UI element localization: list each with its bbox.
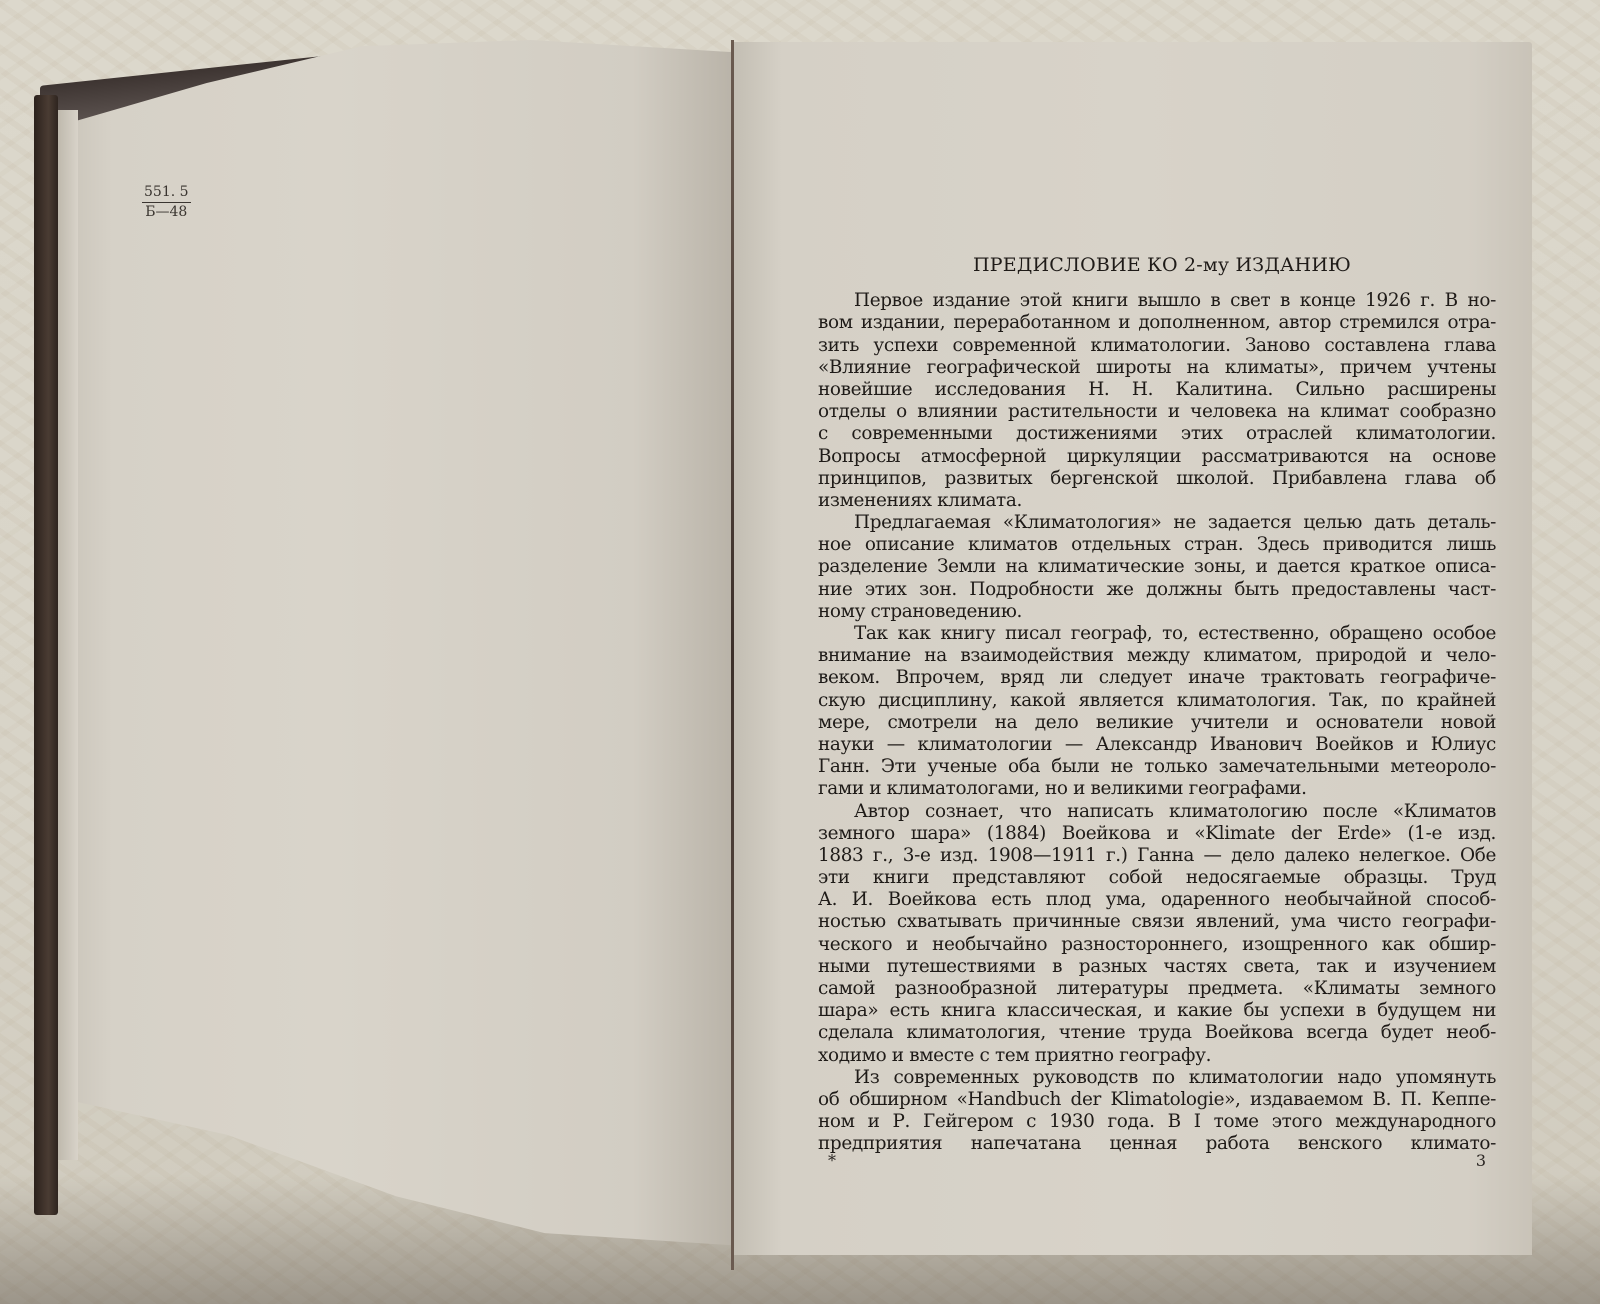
library-call-number: 551. 5 Б—48	[142, 183, 191, 222]
text-line: веком. Впрочем, вряд ли следует иначе тр…	[818, 667, 1496, 689]
text-line: шара» есть книга классическая, и какие б…	[818, 1000, 1496, 1022]
book-spine-gutter	[731, 40, 734, 1270]
text-line: 1883 г., 3-е изд. 1908—1911 г.) Ганна — …	[818, 845, 1496, 867]
call-number-bottom: Б—48	[142, 203, 191, 222]
text-line: принципов, развитых бергенской школой. П…	[818, 468, 1496, 490]
text-line: скую дисциплину, какой является климатол…	[818, 690, 1496, 712]
text-line: разделение Земли на климатические зоны, …	[818, 556, 1496, 578]
preface-text: ПРЕДИСЛОВИЕ КО 2-му ИЗДАНИЮ Первое издан…	[818, 254, 1496, 1156]
text-line: А. И. Воейкова есть плод ума, одаренного…	[818, 889, 1496, 911]
text-line: с современными достижениями этих отрасле…	[818, 423, 1496, 445]
text-line: Из современных руководств по климатологи…	[818, 1067, 1496, 1089]
text-line: ном и Р. Гейгером с 1930 года. В I томе …	[818, 1111, 1496, 1133]
page-number: 3	[1476, 1151, 1486, 1170]
text-line: ному страноведению.	[818, 601, 1496, 623]
left-page	[58, 40, 734, 1270]
left-page-inner-edge	[58, 110, 78, 1160]
text-line: ными путешествиями в разных частях света…	[818, 956, 1496, 978]
text-line: Первое издание этой книги вышло в свет в…	[818, 290, 1496, 312]
text-line: отделы о влиянии растительности и челове…	[818, 401, 1496, 423]
text-line: самой разнообразной литературы предмета.…	[818, 978, 1496, 1000]
text-line: новейшие исследования Н. Н. Калитина. Си…	[818, 379, 1496, 401]
text-line: зить успехи современной климатологии. За…	[818, 335, 1496, 357]
text-line: Вопросы атмосферной циркуляции рассматри…	[818, 446, 1496, 468]
call-number-top: 551. 5	[142, 183, 191, 203]
text-line: изменениях климата.	[818, 490, 1496, 512]
text-line: ние этих зон. Подробности же должны быть…	[818, 579, 1496, 601]
preface-body: Первое издание этой книги вышло в свет в…	[818, 290, 1496, 1155]
text-line: ческого и необычайно разностороннего, из…	[818, 934, 1496, 956]
text-line: науки — климатологии — Александр Иванови…	[818, 734, 1496, 756]
page-footer: * 3	[818, 1151, 1496, 1171]
text-line: Автор сознает, что написать климатологию…	[818, 801, 1496, 823]
preface-heading: ПРЕДИСЛОВИЕ КО 2-му ИЗДАНИЮ	[818, 254, 1496, 276]
text-line: земного шара» (1884) Воейкова и «Klimate…	[818, 823, 1496, 845]
text-line: эти книги представляют собой недосягаемы…	[818, 867, 1496, 889]
book-cover-left-board	[34, 95, 58, 1215]
text-line: Предлагаемая «Климатология» не задается …	[818, 512, 1496, 534]
text-line: гами и климатологами, но и великими геог…	[818, 778, 1496, 800]
text-line: «Влияние географической широты на климат…	[818, 357, 1496, 379]
text-line: ходимо и вместе с тем приятно географу.	[818, 1045, 1496, 1067]
text-line: внимание на взаимодействия между климато…	[818, 645, 1496, 667]
signature-mark: *	[828, 1151, 836, 1170]
text-line: сделала климатология, чтение труда Воейк…	[818, 1022, 1496, 1044]
text-line: мере, смотрели на дело великие учители и…	[818, 712, 1496, 734]
text-line: ное описание климатов отдельных стран. З…	[818, 534, 1496, 556]
text-line: вом издании, переработанном и дополненно…	[818, 312, 1496, 334]
text-line: об обширном «Handbuch der Klimatologie»,…	[818, 1089, 1496, 1111]
text-line: ностью схватывать причинные связи явлени…	[818, 911, 1496, 933]
text-line: Ганн. Эти ученые оба были не только заме…	[818, 756, 1496, 778]
text-line: Так как книгу писал географ, то, естеств…	[818, 623, 1496, 645]
